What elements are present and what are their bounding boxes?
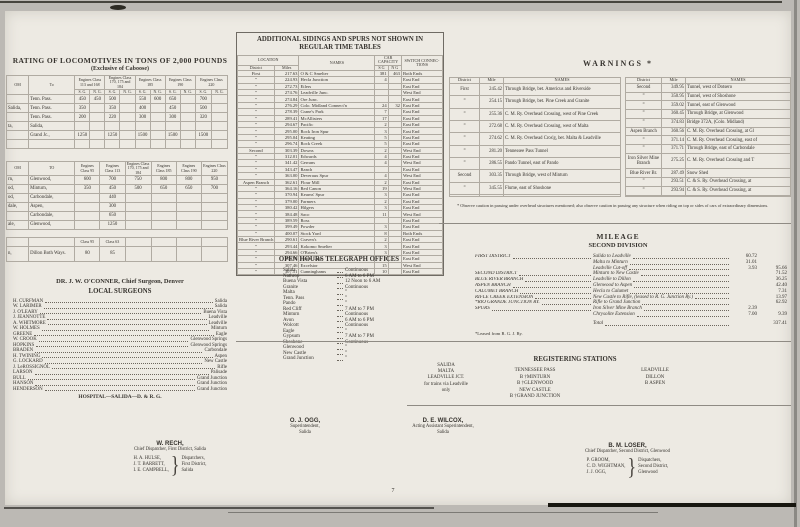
tonnage-cell: 300 <box>165 113 180 122</box>
table-row: Carbondale, 650 <box>7 212 228 221</box>
tonnage-cell <box>180 104 195 113</box>
telegraph-list: Salida Continuous Nathrop 6 AM to 6 PM B… <box>283 268 407 362</box>
warning-name-cell: Pando Tunnel, east of Pando <box>504 157 621 169</box>
warning-name-cell: Flume, east of Shoshone <box>504 182 621 194</box>
blank-cell <box>176 238 201 247</box>
total-miles: 62.92 <box>757 300 787 306</box>
mile-cell: 371.71 <box>662 145 686 154</box>
mile-cell: 286.55 <box>480 157 504 169</box>
rating-lower-table: OM TO Engines Class 95Engines Class 113E… <box>6 161 228 230</box>
location-header: LOCATION <box>238 55 299 65</box>
dot-leader <box>45 302 213 303</box>
officer-title: Salida <box>373 430 513 436</box>
tonnage-cell <box>201 194 227 203</box>
tonnage-cell <box>176 194 201 203</box>
table-row: ” 350.95 Tunnel, west of Shoshone <box>626 92 791 101</box>
mile-cell: 371.14 <box>662 136 686 145</box>
tonnage-cell: 700 <box>201 185 227 194</box>
mile-cell: 272.68 <box>480 120 504 132</box>
tonnage-cell <box>120 122 135 131</box>
tonnage-cell <box>176 203 201 212</box>
tonnage-cell: 450 <box>100 185 125 194</box>
dot-leader <box>337 316 343 317</box>
tonnage-cell: 350 <box>75 104 90 113</box>
warning-name-cell: Tunnel, west of Shoshone <box>686 92 791 101</box>
table-row: Aspen Branch 360.56 C. M. Ry. Overhead C… <box>626 127 791 136</box>
dot-leader <box>35 374 209 375</box>
dot-leader <box>337 343 343 344</box>
district-cell: ” <box>626 136 662 145</box>
tonnage-cell <box>105 122 120 131</box>
dot-leader <box>40 313 202 314</box>
district-label: FIRST DISTRICT <box>475 254 511 260</box>
local-surgeons-list: H. CURFMAN Salida W. LARIMER Salida J. O… <box>13 299 227 392</box>
tonnage-cell <box>211 122 227 131</box>
engine-class-header: Engines Class 113 and 168 <box>75 76 105 90</box>
dot-leader <box>633 281 729 282</box>
mile-cell: 275.25 <box>662 153 686 168</box>
tonnage-cell: 800 <box>151 176 176 185</box>
to-cell: Salida, <box>29 122 75 131</box>
district-cell: Aspen Branch <box>238 179 275 185</box>
tonnage-cell: 80 <box>75 247 100 262</box>
to-cell: Dillon Both Ways. <box>29 247 75 262</box>
warning-name-cell: Through Bridge, bet. Americus and Rivers… <box>504 83 621 95</box>
tonnage-cell <box>150 122 165 131</box>
tonnage-cell: 550 <box>135 95 150 104</box>
table-row: Second 349.95 Tunnel, west of Dotsero <box>626 83 791 92</box>
tonnage-cell: 320 <box>195 113 211 122</box>
table-row: Salida, Tenn. Pass. 350 350 400 450 500 <box>7 104 228 113</box>
table-row: ” 293.94 C. & S. Ry. Overhead Crossing, … <box>626 186 791 195</box>
surgeon-row: HENDERSON Grand Junction <box>13 387 227 392</box>
tonnage-cell: 650 <box>176 185 201 194</box>
registering-right-column: LEADVILLEDILLONB ASPEN <box>605 368 705 388</box>
mileage-label-cell <box>475 325 593 327</box>
tonnage-cell <box>180 140 195 149</box>
district-cell: Iron Silver Mine Branch <box>626 153 662 168</box>
warnings-title: WARNINGS * <box>445 59 791 68</box>
mile-cell: 345.55 <box>480 182 504 194</box>
mileage-total-row: Total 337.41 <box>475 321 787 327</box>
tonnage-cell <box>151 203 176 212</box>
sidings-title-line2: REGULAR TIME TABLES <box>239 44 441 52</box>
to-cell: Tenn. Pass. <box>29 95 75 104</box>
engine-class-header: Engines Class 190 <box>176 162 201 176</box>
page-number: 7 <box>383 488 403 494</box>
tonnage-cell <box>120 131 135 140</box>
tonnage-cell <box>180 113 195 122</box>
dot-leader <box>28 379 195 380</box>
from-cell: od, <box>7 194 29 203</box>
to-cell: Tenn. Pass. <box>29 104 75 113</box>
mile-cell: 374.83 <box>662 118 686 127</box>
hospital-line: HOSPITAL—SALIDA—D. & R. G. <box>5 394 235 400</box>
partial-miles: 7.00 <box>731 312 757 318</box>
to-cell: Minturn, <box>29 185 75 194</box>
tonnage-cell <box>120 104 135 113</box>
tonnage-cell <box>151 212 176 221</box>
dot-leader <box>337 332 343 333</box>
dot-leader <box>35 385 195 386</box>
dispatcher-label-line: Glenwood <box>638 470 668 476</box>
mileage-label-cell: FIRST DISTRICT <box>475 254 593 260</box>
to-cell: Glenwood, <box>29 221 75 230</box>
dispatcher-name: I. E. CAMPBELL, <box>134 468 169 474</box>
mileage-label-cell: SPURS <box>475 306 593 312</box>
dot-leader <box>337 294 343 295</box>
mileage-label-cell <box>475 316 593 318</box>
blank-cell <box>151 247 176 262</box>
table-row: ” 274.62 C. M. Ry. Overhead Cros'g, bet.… <box>450 133 621 145</box>
warning-name-cell: C. M. Ry. Overhead Crossing, west of Mal… <box>504 120 621 132</box>
brace-glyph: } <box>171 452 180 479</box>
from-cell: rn, <box>7 176 29 185</box>
to-cell: Tenn. Pass. <box>29 113 75 122</box>
tonnage-cell <box>125 212 151 221</box>
tonnage-cell <box>125 221 151 230</box>
tonnage-cell <box>75 122 90 131</box>
table-row: ta, Salida, <box>7 122 228 131</box>
surgeon-name: HENDERSON <box>13 387 43 392</box>
tonnage-cell <box>176 221 201 230</box>
dot-leader <box>629 269 729 270</box>
dot-leader <box>44 308 213 309</box>
warning-name-cell: C. M. Ry. Overhead Crossing, east of <box>686 136 791 145</box>
route-label: Chrysolite Extension <box>593 312 635 318</box>
office-name: Grand Junction <box>283 356 335 362</box>
table-row: ” 272.68 C. M. Ry. Overhead Crossing, we… <box>450 120 621 132</box>
dot-leader <box>47 319 206 320</box>
tonnage-cell: 800 <box>176 176 201 185</box>
tonnage-cell <box>150 113 165 122</box>
tonnage-cell <box>150 140 165 149</box>
district-label: SPURS <box>475 306 490 312</box>
table-row: Grand Jc., 1250 1250 1500 1500 1500 <box>7 131 228 140</box>
district-cell: Blue River Branch <box>238 237 275 243</box>
table-row: Tenn. Pass. 450 450 500 550 600 650 700 <box>7 95 228 104</box>
tonnage-cell <box>125 203 151 212</box>
district-cell: ” <box>626 145 662 154</box>
dot-leader <box>630 264 729 265</box>
sidings-title: ADDITIONAL SIDINGS AND SPURS NOT SHOWN I… <box>237 33 443 55</box>
from-cell: ale, <box>7 221 29 230</box>
tonnage-cell <box>180 131 195 140</box>
telegraph-row: Grand Junction ” <box>283 356 407 362</box>
dot-leader <box>45 390 195 391</box>
to-header: To <box>29 76 75 95</box>
dot-leader <box>337 360 343 361</box>
district-cell: ” <box>626 186 662 195</box>
blank-cell <box>626 195 662 196</box>
superintendent-block: O. J. OGG, Superintendent,Salida <box>249 418 361 436</box>
tonnage-cell <box>211 131 227 140</box>
warning-name-cell: C. M. Ry. Overhead Crossing and T <box>686 153 791 168</box>
dot-leader <box>45 363 203 364</box>
warning-name-cell: Tunnel, east of Glenwood <box>686 101 791 110</box>
chief-surgeon-line: DR. J. W. O'CONNER, Chief Surgeon, Denve… <box>5 278 235 285</box>
tonnage-cell: 500 <box>125 185 151 194</box>
tonnage-cell <box>165 140 180 149</box>
mile-cell: 254.15 <box>480 96 504 108</box>
table-row: ” 281.20 Tennessee Pass Tunnel <box>450 145 621 157</box>
tonnage-cell <box>201 221 227 230</box>
tonnage-cell: 700 <box>100 176 125 185</box>
table-row: rn, Glenwood, 600 700 750 800 800 950 <box>7 176 228 185</box>
tonnage-cell: 300 <box>135 113 150 122</box>
dot-leader <box>525 281 591 282</box>
registering-middle-column: TENNESSEE PASSB †MINTURNB †GLENWOODNEW C… <box>475 368 595 401</box>
mile-cell: 360.45 <box>662 110 686 119</box>
dot-leader <box>520 293 591 294</box>
tonnage-cell: 600 <box>150 95 165 104</box>
registering-station: B ASPEN <box>605 381 705 388</box>
tonnage-cell: 85 <box>100 247 125 262</box>
warning-name-cell: Through Bridge, bet. Pine Creek and Gran… <box>504 96 621 108</box>
tonnage-cell: 750 <box>125 176 151 185</box>
district-cell: ” <box>450 133 480 145</box>
rating-subtitle: (Exclusive of Caboose) <box>7 66 233 72</box>
tonnage-cell <box>105 140 120 149</box>
dispatcher-names: P. GROOM,C. D. WIGHTMAN,J. J. OGG, <box>587 458 626 476</box>
grand-total-miles: 337.41 <box>757 321 787 327</box>
table-row: Blue River Br. 287.49 Snow Shed <box>626 169 791 178</box>
dot-leader <box>519 275 591 276</box>
tonnage-cell <box>90 131 105 140</box>
tonnage-cell: 1500 <box>165 131 180 140</box>
dot-leader <box>513 287 591 288</box>
to-cell: Carbondale, <box>29 194 75 203</box>
dot-leader <box>542 304 591 305</box>
table-row: ” 254.15 Through Bridge, bet. Pine Creek… <box>450 96 621 108</box>
warning-name-cell: Tunnel, west of Dotsero <box>686 83 791 92</box>
timetable-page: RATING OF LOCOMOTIVES IN TONS OF 2,000 P… <box>5 11 791 505</box>
table-row <box>7 140 228 149</box>
from-cell <box>7 140 29 149</box>
tonnage-cell: 200 <box>75 113 90 122</box>
dot-leader <box>39 341 189 342</box>
tonnage-cell <box>151 194 176 203</box>
dot-leader <box>52 368 215 369</box>
blank-cell <box>480 195 504 197</box>
tonnage-cell: 350 <box>75 185 100 194</box>
tonnage-cell <box>75 221 100 230</box>
table-row: ” 371.71 Through Bridge, east of Carbond… <box>626 145 791 154</box>
divider <box>407 405 791 406</box>
tonnage-cell <box>150 104 165 113</box>
tonnage-cell <box>165 122 180 131</box>
tonnage-cell <box>120 113 135 122</box>
tonnage-cell <box>135 140 150 149</box>
warning-name-cell: C. M. Ry. Overhead Crossing, at Gl <box>686 127 791 136</box>
dot-leader <box>337 338 343 339</box>
tonnage-cell: 440 <box>100 194 125 203</box>
dispatcher-name: J. J. OGG, <box>587 470 626 476</box>
tonnage-cell: 950 <box>201 176 227 185</box>
dot-leader <box>48 324 207 325</box>
office-hours: ” <box>345 356 407 362</box>
district-cell: First <box>450 83 480 95</box>
dot-leader <box>337 354 343 355</box>
class-header: Class 63 <box>100 238 125 247</box>
tonnage-cell <box>120 95 135 104</box>
blank-cell <box>201 247 227 262</box>
from-cell <box>7 113 29 122</box>
from-cell: od, <box>7 185 29 194</box>
warning-name-cell: C. & S. Ry. Overhead Crossing, at <box>686 186 791 195</box>
tonnage-cell: 220 <box>105 113 120 122</box>
mile-cell: 281.20 <box>480 145 504 157</box>
rating-dillon-table: Class 95 Class 63 n, Dillon Both Ways. 8… <box>6 237 228 262</box>
mile-cell: 350.95 <box>662 92 686 101</box>
to-header: TO <box>29 162 75 176</box>
tonnage-cell <box>75 203 100 212</box>
chief-dispatcher-second-block: B. M. LOSER, Chief Dispatcher, Second Di… <box>545 443 710 478</box>
registering-stations-title: REGISTERING STATIONS <box>425 356 725 363</box>
tonnage-cell: 650 <box>165 95 180 104</box>
officer-title: Salida <box>249 430 361 436</box>
engine-class-header: Engines Class 95 <box>75 162 100 176</box>
dot-leader <box>535 298 591 299</box>
tonnage-cell <box>90 113 105 122</box>
scan-artifact-bottom-black <box>548 503 796 507</box>
table-row: ” 371.14 C. M. Ry. Overhead Crossing, ea… <box>626 136 791 145</box>
table-row: ” 360.45 Through Bridge, at Glenwood <box>626 110 791 119</box>
divider <box>439 223 791 224</box>
to-cell <box>29 140 75 149</box>
switch-header: SWITCH CONNEC- TIONS <box>401 55 442 70</box>
rating-upper-table: OM To Engines Class 113 and 168Engines C… <box>6 75 228 149</box>
dot-leader <box>513 258 591 259</box>
tonnage-cell: 450 <box>90 95 105 104</box>
tonnage-cell <box>90 140 105 149</box>
engine-class-header: Engines Class 185 <box>135 76 165 90</box>
mile-cell: 293.51 <box>662 178 686 187</box>
tonnage-cell: 650 <box>100 212 125 221</box>
district-cell: ” <box>626 92 662 101</box>
blank-cell <box>125 247 151 262</box>
tonnage-cell <box>195 122 211 131</box>
warning-name-cell: Tennessee Pass Tunnel <box>504 145 621 157</box>
scanned-timetable-photo: RATING OF LOCOMOTIVES IN TONS OF 2,000 P… <box>0 0 800 527</box>
tonnage-cell: 1250 <box>75 131 90 140</box>
warning-name-cell: C. & S. Ry. Overhead Crossing, at <box>686 178 791 187</box>
from-cell <box>7 212 29 221</box>
rating-upper-class-header-row: OM To Engines Class 113 and 168Engines C… <box>7 76 228 90</box>
officer-title-lines: Superintendent,Salida <box>249 424 361 436</box>
dot-leader <box>644 310 729 311</box>
tonnage-cell: 450 <box>165 104 180 113</box>
engine-class-header: Engines Class 170, 175 and 184 <box>105 76 135 90</box>
tonnage-cell <box>151 221 176 230</box>
chief-dispatcher-first-block: W. RECH, Chief Dispatcher, First Distric… <box>95 441 245 476</box>
blank-cell <box>201 238 227 247</box>
engine-class-header: Engines Class 220 <box>201 162 227 176</box>
dispatcher-label-line: Salida <box>181 468 206 474</box>
dot-leader <box>492 310 591 311</box>
dot-leader <box>337 299 343 300</box>
district-cell: ” <box>450 120 480 132</box>
tonnage-cell: 650 <box>151 185 176 194</box>
tonnage-cell <box>75 140 90 149</box>
table-row: First 245.42 Through Bridge, bet. Americ… <box>450 83 621 95</box>
dot-leader <box>695 298 729 299</box>
warnings-left-table: District Mile NAMES First 245.42 Through… <box>449 77 621 197</box>
tonnage-cell <box>75 194 100 203</box>
acting-asst-superintendent-block: D. E. WILCOX, Acting Assistant Superinte… <box>373 418 513 436</box>
total-miles: 9.39 <box>757 312 787 318</box>
sidings-table: LOCATION NAMES CAR CAPACITY SWITCH CONNE… <box>237 55 443 275</box>
dispatchers-group: P. GROOM,C. D. WIGHTMAN,J. J. OGG, } Dis… <box>545 457 710 478</box>
dot-leader <box>641 275 729 276</box>
dispatchers-label: Dispatchers,First District,Salida <box>181 456 206 474</box>
from-cell <box>7 95 29 104</box>
blank-cell <box>686 195 791 196</box>
table-row: ” 255.36 C. M. Ry. Overhead Crossing, we… <box>450 108 621 120</box>
dispatchers-label: Dispatchers,Second District,Glenwood <box>638 458 668 476</box>
tonnage-cell <box>211 95 227 104</box>
blank-cell <box>504 195 621 197</box>
district-cell: Blue River Br. <box>626 169 662 178</box>
dot-leader <box>337 327 343 328</box>
dispatchers-group: H. A. HULSE,J. T. BARRETT,I. E. CAMPBELL… <box>95 455 245 476</box>
mile-cell: 303.35 <box>480 170 504 182</box>
table-row: Iron Silver Mine Branch 275.25 C. M. Ry.… <box>626 153 791 168</box>
warnings-footnote: * Observe caution in passing under overh… <box>457 203 791 209</box>
table-row: dale, Aspen, 300 <box>7 203 228 212</box>
tonnage-cell: 300 <box>100 203 125 212</box>
scan-artifact-bottom-line <box>4 507 434 509</box>
dot-leader <box>36 346 188 347</box>
names-header: NAMES <box>299 55 375 70</box>
mile-cell: 360.56 <box>662 127 686 136</box>
district-cell: Second <box>626 83 662 92</box>
district-cell: ” <box>626 178 662 187</box>
scan-artifact-blob <box>110 5 126 10</box>
dot-leader <box>337 277 343 278</box>
tonnage-cell: 350 <box>105 104 120 113</box>
to-cell: Aspen, <box>29 203 75 212</box>
surgeon-location: Grand Junction <box>197 387 227 392</box>
tonnage-cell <box>201 212 227 221</box>
mileage-rows: FIRST DISTRICT Salida to Leadville 60.72… <box>475 254 787 318</box>
tonnage-cell <box>211 140 227 149</box>
engine-class-header: Engines Class 113 <box>100 162 125 176</box>
dot-leader <box>337 288 343 289</box>
warning-name-cell: Bridge 372A, (Colo. Midland) <box>686 118 791 127</box>
table-row: od, Carbondale, 440 <box>7 194 228 203</box>
mileage-footnote: *Leased from R. G. J. Ry. <box>475 331 787 336</box>
warning-name-cell: Through Bridge, west of Minturn <box>504 170 621 182</box>
from-header: OM <box>7 76 29 95</box>
dot-leader <box>337 349 343 350</box>
sidings-header-row1: LOCATION NAMES CAR CAPACITY SWITCH CONNE… <box>238 55 443 65</box>
dillon-row: n, Dillon Both Ways. 80 85 <box>7 247 228 262</box>
dot-leader <box>637 316 729 317</box>
mileage-subtitle: SECOND DIVISION <box>445 242 791 249</box>
sidings-box: ADDITIONAL SIDINGS AND SPURS NOT SHOWN I… <box>236 32 444 276</box>
sidings-title-line1: ADDITIONAL SIDINGS AND SPURS NOT SHOWN I… <box>239 36 441 44</box>
table-row: ale, Glenwood, 1250 <box>7 221 228 230</box>
total-label: Total <box>593 321 603 327</box>
tonnage-cell <box>176 212 201 221</box>
dot-leader <box>642 304 729 305</box>
dot-leader <box>35 352 202 353</box>
to-cell: Carbondale, <box>29 212 75 221</box>
tonnage-cell <box>135 122 150 131</box>
tonnage-cell: 1500 <box>135 131 150 140</box>
table-row: ” 345.55 Flume, east of Shoshone <box>450 182 621 194</box>
